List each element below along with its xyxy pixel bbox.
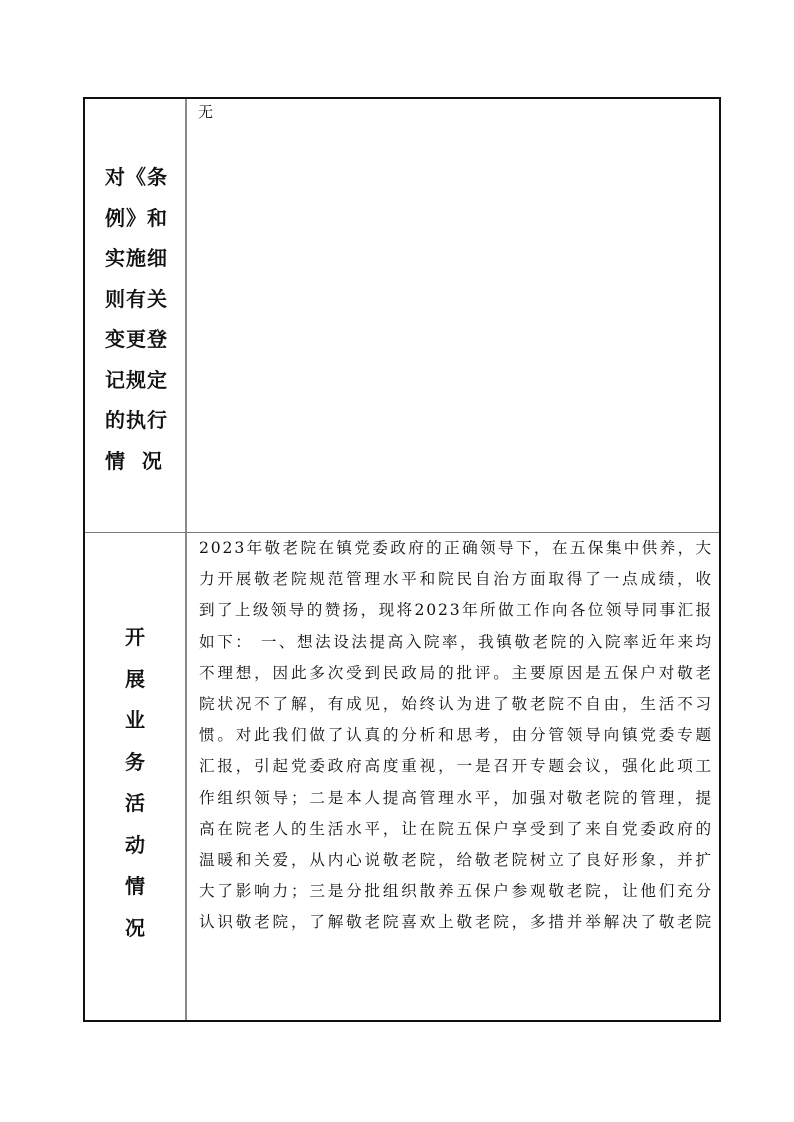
label-line: 对《条 — [105, 157, 177, 198]
registration-compliance-content: 无 — [198, 102, 213, 122]
content-line: 温暖和关爱，从内心说敬老院，给敬老院树立了良好形象，并扩 — [199, 845, 713, 876]
row-label-cell: 对《条 例》和 实施细 则有关 变更登 记规定 的执行 情 况 — [85, 99, 187, 532]
report-table: 对《条 例》和 实施细 则有关 变更登 记规定 的执行 情 况 无 开 展 业 … — [83, 97, 721, 1022]
table-row-business-activities: 开 展 业 务 活 动 情 况 2023年敬老院在镇党委政府的正确领导下，在五保… — [85, 533, 719, 1020]
content-line: 力开展敬老院规范管理水平和院民自治方面取得了一点成绩，收 — [199, 564, 713, 595]
label-line: 变更登 — [105, 319, 177, 360]
content-line: 汇报，引起党委政府高度重视，一是召开专题会议，强化此项工 — [199, 751, 713, 782]
label-line: 情 况 — [105, 441, 177, 482]
content-line: 高在院老人的生活水平，让在院五保户享受到了来自党委政府的 — [199, 814, 713, 845]
business-activities-content: 2023年敬老院在镇党委政府的正确领导下，在五保集中供养，大 力开展敬老院规范管… — [199, 533, 713, 939]
row-content-cell: 2023年敬老院在镇党委政府的正确领导下，在五保集中供养，大 力开展敬老院规范管… — [189, 533, 719, 1020]
content-line: 认识敬老院，了解敬老院喜欢上敬老院，多措并举解决了敬老院 — [199, 907, 713, 938]
table-row-registration-compliance: 对《条 例》和 实施细 则有关 变更登 记规定 的执行 情 况 无 — [85, 99, 719, 533]
content-line: 到了上级领导的赞扬，现将2023年所做工作向各位领导同事汇报 — [199, 595, 713, 626]
row-content-cell: 无 — [189, 99, 719, 532]
label-char: 活 — [85, 783, 185, 825]
content-line: 院状况不了解，有成见，始终认为进了敬老院不自由，生活不习 — [199, 689, 713, 720]
label-line: 实施细 — [105, 238, 177, 279]
label-char: 情 — [85, 866, 185, 908]
content-line: 不理想，因此多次受到民政局的批评。主要原因是五保户对敬老 — [199, 658, 713, 689]
label-char: 开 — [85, 617, 185, 659]
content-line: 惯。对此我们做了认真的分析和思考，由分管领导向镇党委专题 — [199, 720, 713, 751]
content-line: 大了影响力；三是分批组织散养五保户参观敬老院，让他们充分 — [199, 876, 713, 907]
content-line: 如下： 一、想法设法提高入院率，我镇敬老院的入院率近年来均 — [199, 627, 713, 658]
label-char: 况 — [85, 908, 185, 950]
label-char: 展 — [85, 659, 185, 701]
label-line: 记规定 — [105, 360, 177, 401]
row-label-cell: 开 展 业 务 活 动 情 况 — [85, 533, 187, 1020]
content-line: 作组织领导；二是本人提高管理水平，加强对敬老院的管理，提 — [199, 783, 713, 814]
label-char: 务 — [85, 742, 185, 784]
label-char: 业 — [85, 700, 185, 742]
row-label-business-activities: 开 展 业 务 活 动 情 况 — [85, 617, 185, 949]
content-line: 2023年敬老院在镇党委政府的正确领导下，在五保集中供养，大 — [199, 533, 713, 564]
label-line: 则有关 — [105, 279, 177, 320]
row-label-registration-compliance: 对《条 例》和 实施细 则有关 变更登 记规定 的执行 情 况 — [105, 157, 177, 481]
label-char: 动 — [85, 825, 185, 867]
label-line: 例》和 — [105, 198, 177, 239]
label-line: 的执行 — [105, 400, 177, 441]
